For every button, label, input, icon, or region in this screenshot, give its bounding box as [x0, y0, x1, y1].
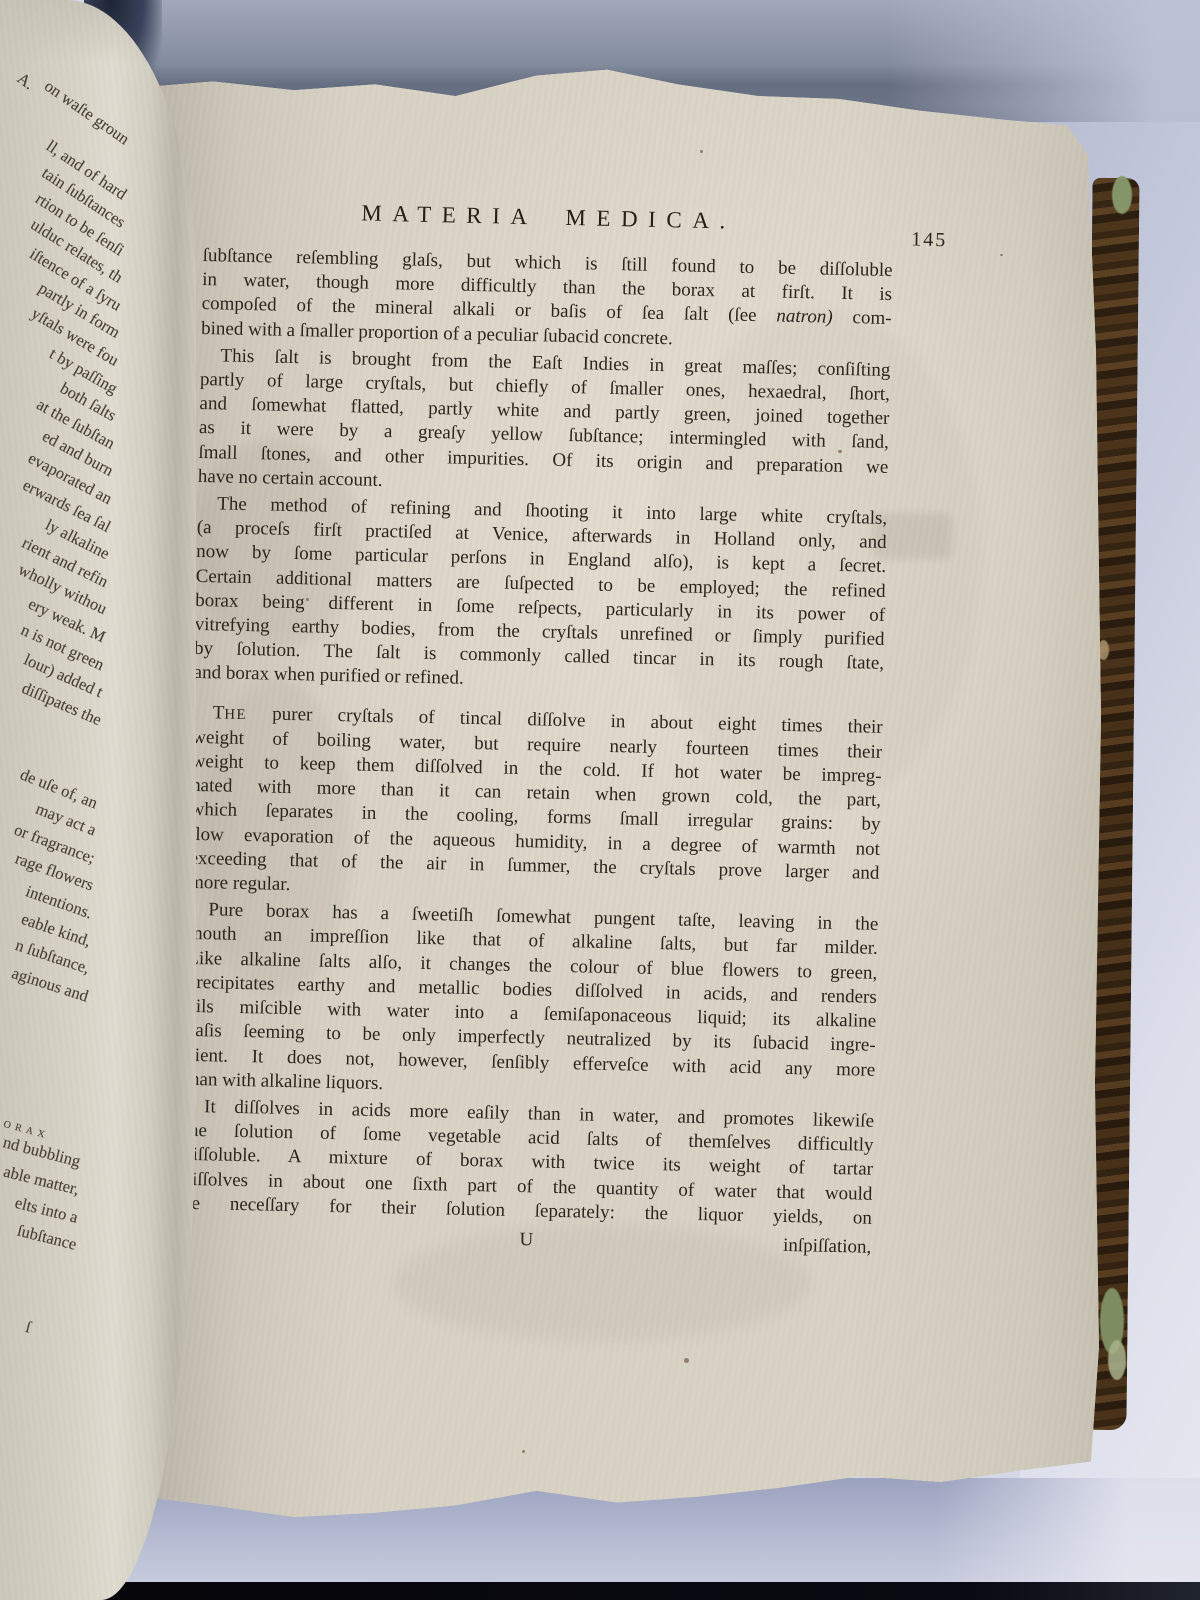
- board-green-fleck: [1108, 1340, 1126, 1380]
- paper-speck: [700, 150, 703, 153]
- running-head-title: MATERIA MEDICA.: [203, 198, 893, 237]
- catchword: inſpiſſation,: [783, 1234, 872, 1260]
- paper-speck: [522, 1450, 525, 1453]
- facing-text-line: ſ: [0, 1270, 33, 1338]
- facing-page-edge: A.on waſte grounll, and of hardtain ſubſ…: [0, 0, 196, 1600]
- paragraph: This ſalt is brought from the Eaſt Indie…: [198, 344, 891, 504]
- paragraph: Pure borax has a ſweetiſh ſomewhat punge…: [184, 898, 878, 1107]
- book-photograph: MATERIA MEDICA. 145 ſubſtance reſembling…: [0, 0, 1200, 1600]
- paragraph: ſubſtance reſembling glaſs, but which is…: [201, 244, 893, 356]
- paragraph: THE purer cryſtals of tincal diſſolve in…: [189, 701, 883, 911]
- paragraph: The method of refining and ſhooting it i…: [193, 492, 887, 701]
- table-edge-strip: [52, 1582, 1200, 1600]
- running-head-row: MATERIA MEDICA. 145: [203, 198, 894, 253]
- page-number: 145: [911, 227, 948, 252]
- page-text: ſubſtance reſembling glaſs, but which is…: [182, 244, 893, 1231]
- paragraph: It diſſolves in acids more eaſily than i…: [182, 1095, 874, 1231]
- board-green-fleck: [1112, 176, 1132, 214]
- text-block: MATERIA MEDICA. 145 ſubſtance reſembling…: [181, 198, 894, 1262]
- book-page-recto: MATERIA MEDICA. 145 ſubſtance reſembling…: [92, 58, 1102, 1523]
- paper-speck: [1000, 254, 1003, 256]
- paper-speck: [684, 1358, 689, 1363]
